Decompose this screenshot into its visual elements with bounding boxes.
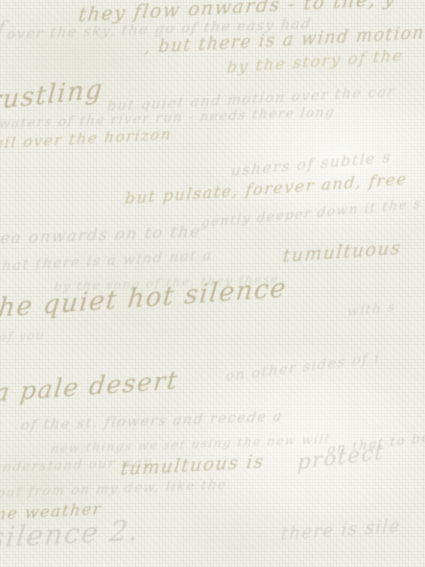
- script-phrase: of you: [0, 328, 46, 344]
- script-phrase: that there is a wind not a: [0, 248, 214, 276]
- wallpaper: they flow onwards - to the, yfover the s…: [0, 0, 425, 567]
- script-phrase: a pale desert: [0, 365, 180, 407]
- script-phrase: on other sides of i: [225, 350, 381, 385]
- script-phrase: with s: [347, 300, 396, 320]
- script-phrase: sea onwards on to the: [0, 222, 202, 248]
- script-phrase: there is sile: [280, 517, 402, 546]
- script-phrase: out from on my dew, like the: [0, 478, 228, 501]
- script-phrase: of the st. flowers and recede a: [20, 409, 284, 434]
- script-phrase: rustling: [0, 74, 104, 116]
- script-phrase: new things we set using the new will: [50, 432, 331, 456]
- script-phrase: gently deeper down it the s: [201, 197, 423, 231]
- script-phrase: tumultuous: [282, 238, 403, 267]
- script-phrases-layer: they flow onwards - to the, yfover the s…: [0, 0, 425, 567]
- script-phrase: silence 2.: [0, 513, 142, 554]
